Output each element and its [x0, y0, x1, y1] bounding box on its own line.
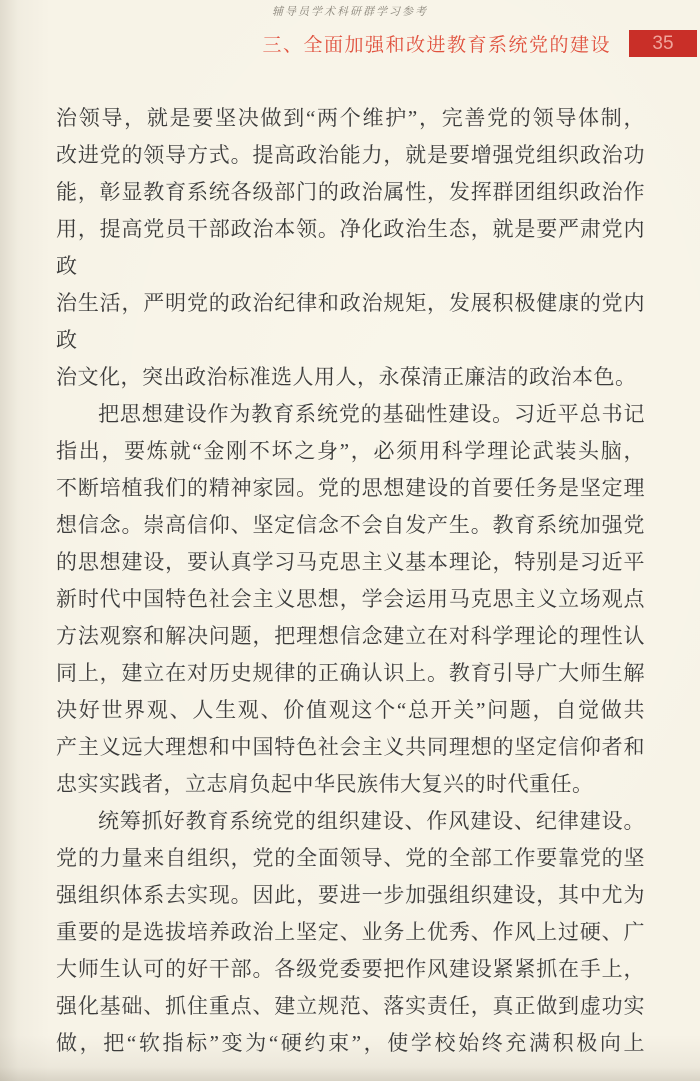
text-line: 忠实实践者，立志肩负起中华民族伟大复兴的时代重任。: [56, 766, 645, 803]
text-line: 把思想建设作为教育系统党的基础性建设。习近平总书记: [56, 396, 645, 433]
text-line: 大师生认可的好干部。各级党委要把作风建设紧紧抓在手上，: [56, 951, 645, 988]
watermark-text: 辅导员学术科研群学习参考: [0, 3, 700, 19]
text-line: 指出，要炼就“金刚不坏之身”，必须用科学理论武装头脑，: [56, 433, 645, 470]
text-line: 产主义远大理想和中国特色社会主义共同理想的坚定信仰者和: [56, 729, 645, 766]
text-line: 用，提高党员干部政治本领。净化政治生态，就是要严肃党内政: [56, 211, 645, 285]
paragraph: 把思想建设作为教育系统党的基础性建设。习近平总书记指出，要炼就“金刚不坏之身”，…: [56, 396, 645, 803]
text-line: 改进党的领导方式。提高政治能力，就是要增强党组织政治功: [56, 137, 645, 174]
text-line: 重要的是选拔培养政治上坚定、业务上优秀、作风上过硬、广: [56, 914, 645, 951]
text-line: 的思想建设，要认真学习马克思主义基本理论，特别是习近平: [56, 544, 645, 581]
page-number-box: 35: [629, 30, 697, 57]
page-header: 三、全面加强和改进教育系统党的建设 35: [262, 30, 697, 57]
section-title: 三、全面加强和改进教育系统党的建设: [262, 30, 611, 57]
text-line: 党的力量来自组织，党的全面领导、党的全部工作要靠党的坚: [56, 840, 645, 877]
text-line: 强化基础、抓住重点、建立规范、落实责任，真正做到虚功实: [56, 988, 645, 1025]
paragraph: 治领导，就是要坚决做到“两个维护”，完善党的领导体制，改进党的领导方式。提高政治…: [56, 100, 645, 396]
text-line: 强组织体系去实现。因此，要进一步加强组织建设，其中尤为: [56, 877, 645, 914]
text-line: 能，彰显教育系统各级部门的政治属性，发挥群团组织政治作: [56, 174, 645, 211]
text-line: 统筹抓好教育系统党的组织建设、作风建设、纪律建设。: [56, 803, 645, 840]
text-line: 决好世界观、人生观、价值观这个“总开关”问题，自觉做共: [56, 692, 645, 729]
text-line: 方法观察和解决问题，把理想信念建立在对科学理论的理性认: [56, 618, 645, 655]
text-line: 新时代中国特色社会主义思想，学会运用马克思主义立场观点: [56, 581, 645, 618]
body-text: 治领导，就是要坚决做到“两个维护”，完善党的领导体制，改进党的领导方式。提高政治…: [56, 100, 645, 1062]
page-number: 35: [652, 33, 673, 55]
text-line: 做，把“软指标”变为“硬约束”，使学校始终充满积极向上: [56, 1025, 645, 1062]
paragraph: 统筹抓好教育系统党的组织建设、作风建设、纪律建设。党的力量来自组织，党的全面领导…: [56, 803, 645, 1062]
text-line: 治文化，突出政治标准选人用人，永葆清正廉洁的政治本色。: [56, 359, 645, 396]
text-line: 想信念。崇高信仰、坚定信念不会自发产生。教育系统加强党: [56, 507, 645, 544]
text-line: 治生活，严明党的政治纪律和政治规矩，发展积极健康的党内政: [56, 285, 645, 359]
text-line: 同上，建立在对历史规律的正确认识上。教育引导广大师生解: [56, 655, 645, 692]
text-line: 不断培植我们的精神家园。党的思想建设的首要任务是坚定理: [56, 470, 645, 507]
text-line: 治领导，就是要坚决做到“两个维护”，完善党的领导体制，: [56, 100, 645, 137]
